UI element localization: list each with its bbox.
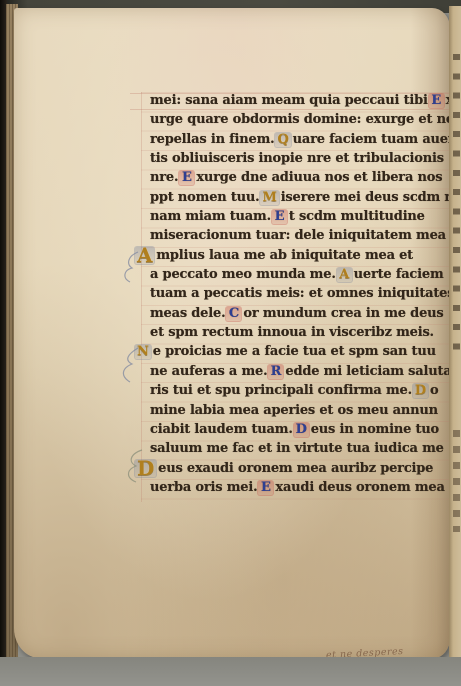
line-text: urge quare obdormis domine: exurge et ne	[150, 112, 450, 127]
manuscript-line: et spm rectum innoua in visceribz meis.	[150, 323, 450, 342]
line-text: xaudi deus oronem mea	[275, 480, 444, 495]
line-text: saluum me fac et in virtute tua iudica m…	[150, 441, 444, 456]
line-text: mei: sana aiam meam quia peccaui tibi	[150, 93, 428, 108]
line-text: iserere mei deus scdm mag	[281, 190, 450, 205]
line-text: e proicias me a facie tua et spm san tuu	[153, 344, 436, 359]
line-text: et spm rectum innoua in visceribz meis.	[150, 325, 434, 340]
illuminated-initial: D	[413, 384, 428, 398]
manuscript-line: meas dele.Cor mundum crea in me deus	[150, 304, 450, 323]
line-text: meas dele.	[150, 306, 225, 321]
manuscript-line: ris tui et spu principali confirma me.Do	[150, 381, 450, 400]
line-text: miseracionum tuar: dele iniquitatem mea	[150, 228, 446, 243]
manuscript-line: nre.Exurge dne adiuua nos et libera nos	[150, 168, 450, 187]
manuscript-photo: mei: sana aiam meam quia peccaui tibiExu…	[0, 0, 461, 686]
manuscript-line: saluum me fac et in virtute tua iudica m…	[150, 439, 450, 458]
manuscript-line: ne auferas a me.Redde mi leticiam saluta	[150, 362, 450, 381]
illuminated-initial: E	[272, 210, 287, 224]
manuscript-line: Ne proicias me a facie tua et spm san tu…	[150, 342, 450, 361]
line-text: nre.	[150, 170, 178, 185]
illuminated-initial: A	[337, 268, 352, 282]
facing-page-edge	[449, 6, 461, 658]
manuscript-line: mei: sana aiam meam quia peccaui tibiEx	[150, 91, 450, 110]
manuscript-line: repellas in finem.Quare faciem tuam auer	[150, 130, 450, 149]
line-text: nam miam tuam.	[150, 209, 271, 224]
line-text: uerba oris mei.	[150, 480, 257, 495]
illuminated-initial: C	[226, 307, 241, 321]
line-text: ppt nomen tuu.	[150, 190, 259, 205]
facing-page-text-fragments	[453, 54, 460, 354]
manuscript-page: mei: sana aiam meam quia peccaui tibiExu…	[14, 8, 450, 658]
line-text: o	[430, 383, 438, 398]
illuminated-initial: M	[260, 191, 278, 205]
line-text: a peccato meo munda me.	[150, 267, 336, 282]
line-text: eus exaudi oronem mea auribz percipe	[158, 461, 433, 476]
manuscript-line: mine labia mea aperies et os meu annun	[150, 401, 450, 420]
manuscript-line: urge quare obdormis domine: exurge et ne	[150, 110, 450, 129]
manuscript-line: Deus exaudi oronem mea auribz percipe	[150, 459, 450, 478]
illuminated-initial: D	[294, 423, 309, 437]
line-text: edde mi leticiam saluta	[285, 364, 450, 379]
line-text: eus in nomine tuo	[311, 422, 439, 437]
pen-flourish-icon	[124, 448, 146, 484]
line-text: uare faciem tuam auer	[293, 132, 450, 147]
line-text: xurge dne adiuua nos et libera nos	[196, 170, 442, 185]
text-block: mei: sana aiam meam quia peccaui tibiExu…	[150, 91, 450, 497]
line-text: ris tui et spu principali confirma me.	[150, 383, 412, 398]
line-text: tis obliuisceris inopie nre et tribulaci…	[150, 151, 444, 166]
illuminated-initial: Q	[275, 133, 290, 147]
line-text: tuam a peccatis meis: et omnes iniquitat…	[150, 286, 450, 301]
manuscript-line: tis obliuisceris inopie nre et tribulaci…	[150, 149, 450, 168]
line-text: mplius laua me ab iniquitate mea et	[156, 248, 413, 263]
facing-page-text-fragments	[453, 430, 460, 532]
photo-background-bottom	[0, 657, 461, 686]
manuscript-line: a peccato meo munda me.Auerte faciem	[150, 265, 450, 284]
manuscript-line: nam miam tuam.Et scdm multitudine	[150, 207, 450, 226]
manuscript-line: ppt nomen tuu.Miserere mei deus scdm mag	[150, 188, 450, 207]
illuminated-initial: R	[268, 365, 283, 379]
manuscript-line: uerba oris mei.Exaudi deus oronem mea	[150, 478, 450, 497]
pen-flourish-icon	[120, 346, 142, 384]
manuscript-line: ciabit laudem tuam.Deus in nomine tuo	[150, 420, 450, 439]
illuminated-initial: E	[258, 481, 273, 495]
line-text: uerte faciem	[354, 267, 444, 282]
line-text: ne auferas a me.	[150, 364, 267, 379]
line-text: ciabit laudem tuam.	[150, 422, 293, 437]
line-text: or mundum crea in me deus	[243, 306, 443, 321]
line-text: t scdm multitudine	[289, 209, 425, 224]
manuscript-line: Amplius laua me ab iniquitate mea et	[150, 246, 450, 265]
illuminated-initial: E	[179, 171, 194, 185]
manuscript-line: miseracionum tuar: dele iniquitatem mea	[150, 226, 450, 245]
line-text: repellas in finem.	[150, 132, 274, 147]
illuminated-initial: E	[429, 94, 444, 108]
line-text: mine labia mea aperies et os meu annun	[150, 403, 438, 418]
manuscript-line: tuam a peccatis meis: et omnes iniquitat…	[150, 284, 450, 303]
pen-flourish-icon	[122, 250, 142, 284]
